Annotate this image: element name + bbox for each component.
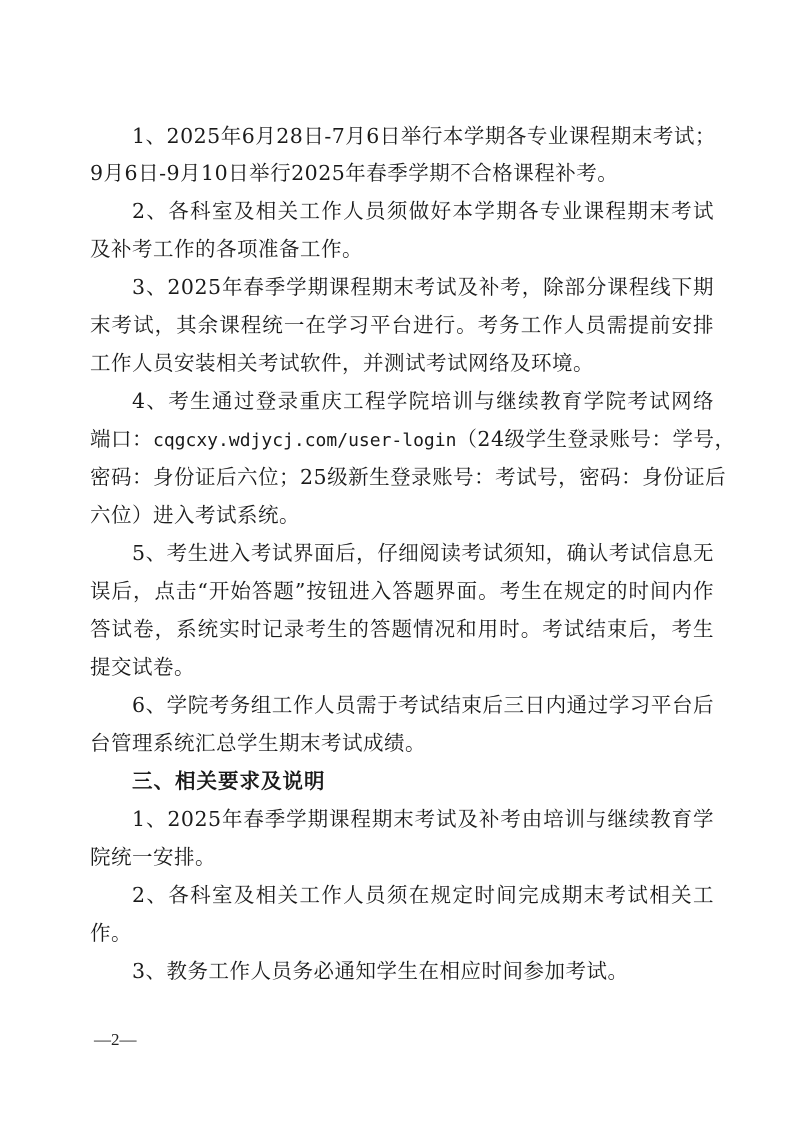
login-account-info: （24级学生登录账号：学号，: [456, 427, 735, 451]
paragraph-4-line-2: 端口：cqgcxy.wdjycj.com/user-login（24级学生登录账…: [90, 424, 714, 456]
paragraph-3-line-1: 3、2025年春季学期课程期末考试及补考，除部分课程线下期: [132, 272, 714, 302]
document-page: 1、2025年6月28日-7月6日举行本学期各专业课程期末考试； 9月6日-9月…: [0, 0, 793, 1122]
paragraph-6-line-2: 台管理系统汇总学生期末考试成绩。: [90, 728, 714, 758]
paragraph-3-line-2: 末考试，其余课程统一在学习平台进行。考务工作人员需提前安排: [90, 310, 714, 340]
paragraph-6-line-1: 6、学院考务组工作人员需于考试结束后三日内通过学习平台后: [132, 690, 714, 720]
requirement-1-line-1: 1、2025年春季学期课程期末考试及补考由培训与继续教育学: [132, 804, 714, 834]
requirement-1-line-2: 院统一安排。: [90, 842, 714, 872]
paragraph-2-line-1: 2、各科室及相关工作人员须做好本学期各专业课程期末考试: [132, 196, 714, 226]
login-port-label: 端口：: [90, 427, 153, 451]
paragraph-4-line-1: 4、考生通过登录重庆工程学院培训与继续教育学院考试网络: [132, 386, 714, 416]
paragraph-5-line-4: 提交试卷。: [90, 652, 714, 682]
paragraph-1-line-2: 9月6日-9月10日举行2025年春季学期不合格课程补考。: [90, 158, 714, 188]
paragraph-1-line-1: 1、2025年6月28日-7月6日举行本学期各专业课程期末考试；: [132, 121, 714, 151]
paragraph-5-line-2: 误后，点击“开始答题”按钮进入答题界面。考生在规定的时间内作: [90, 576, 714, 606]
paragraph-2-line-2: 及补考工作的各项准备工作。: [90, 234, 714, 264]
requirement-3-line-1: 3、教务工作人员务必通知学生在相应时间参加考试。: [132, 956, 714, 986]
paragraph-3-line-3: 工作人员安装相关考试软件，并测试考试网络及环境。: [90, 348, 714, 378]
paragraph-5-line-1: 5、考生进入考试界面后，仔细阅读考试须知，确认考试信息无: [132, 538, 714, 568]
requirement-2-line-1: 2、各科室及相关工作人员须在规定时间完成期末考试相关工: [132, 880, 714, 910]
paragraph-5-line-3: 答试卷，系统实时记录考生的答题情况和用时。考试结束后，考生: [90, 614, 714, 644]
requirement-2-line-2: 作。: [90, 918, 714, 948]
login-url-link[interactable]: cqgcxy.wdjycj.com/user-login: [153, 430, 456, 451]
paragraph-4-line-3: 密码：身份证后六位；25级新生登录账号：考试号，密码：身份证后: [90, 462, 714, 492]
section-heading: 三、相关要求及说明: [132, 766, 714, 796]
page-number: —2—: [94, 1030, 137, 1050]
paragraph-4-line-4: 六位）进入考试系统。: [90, 500, 714, 530]
